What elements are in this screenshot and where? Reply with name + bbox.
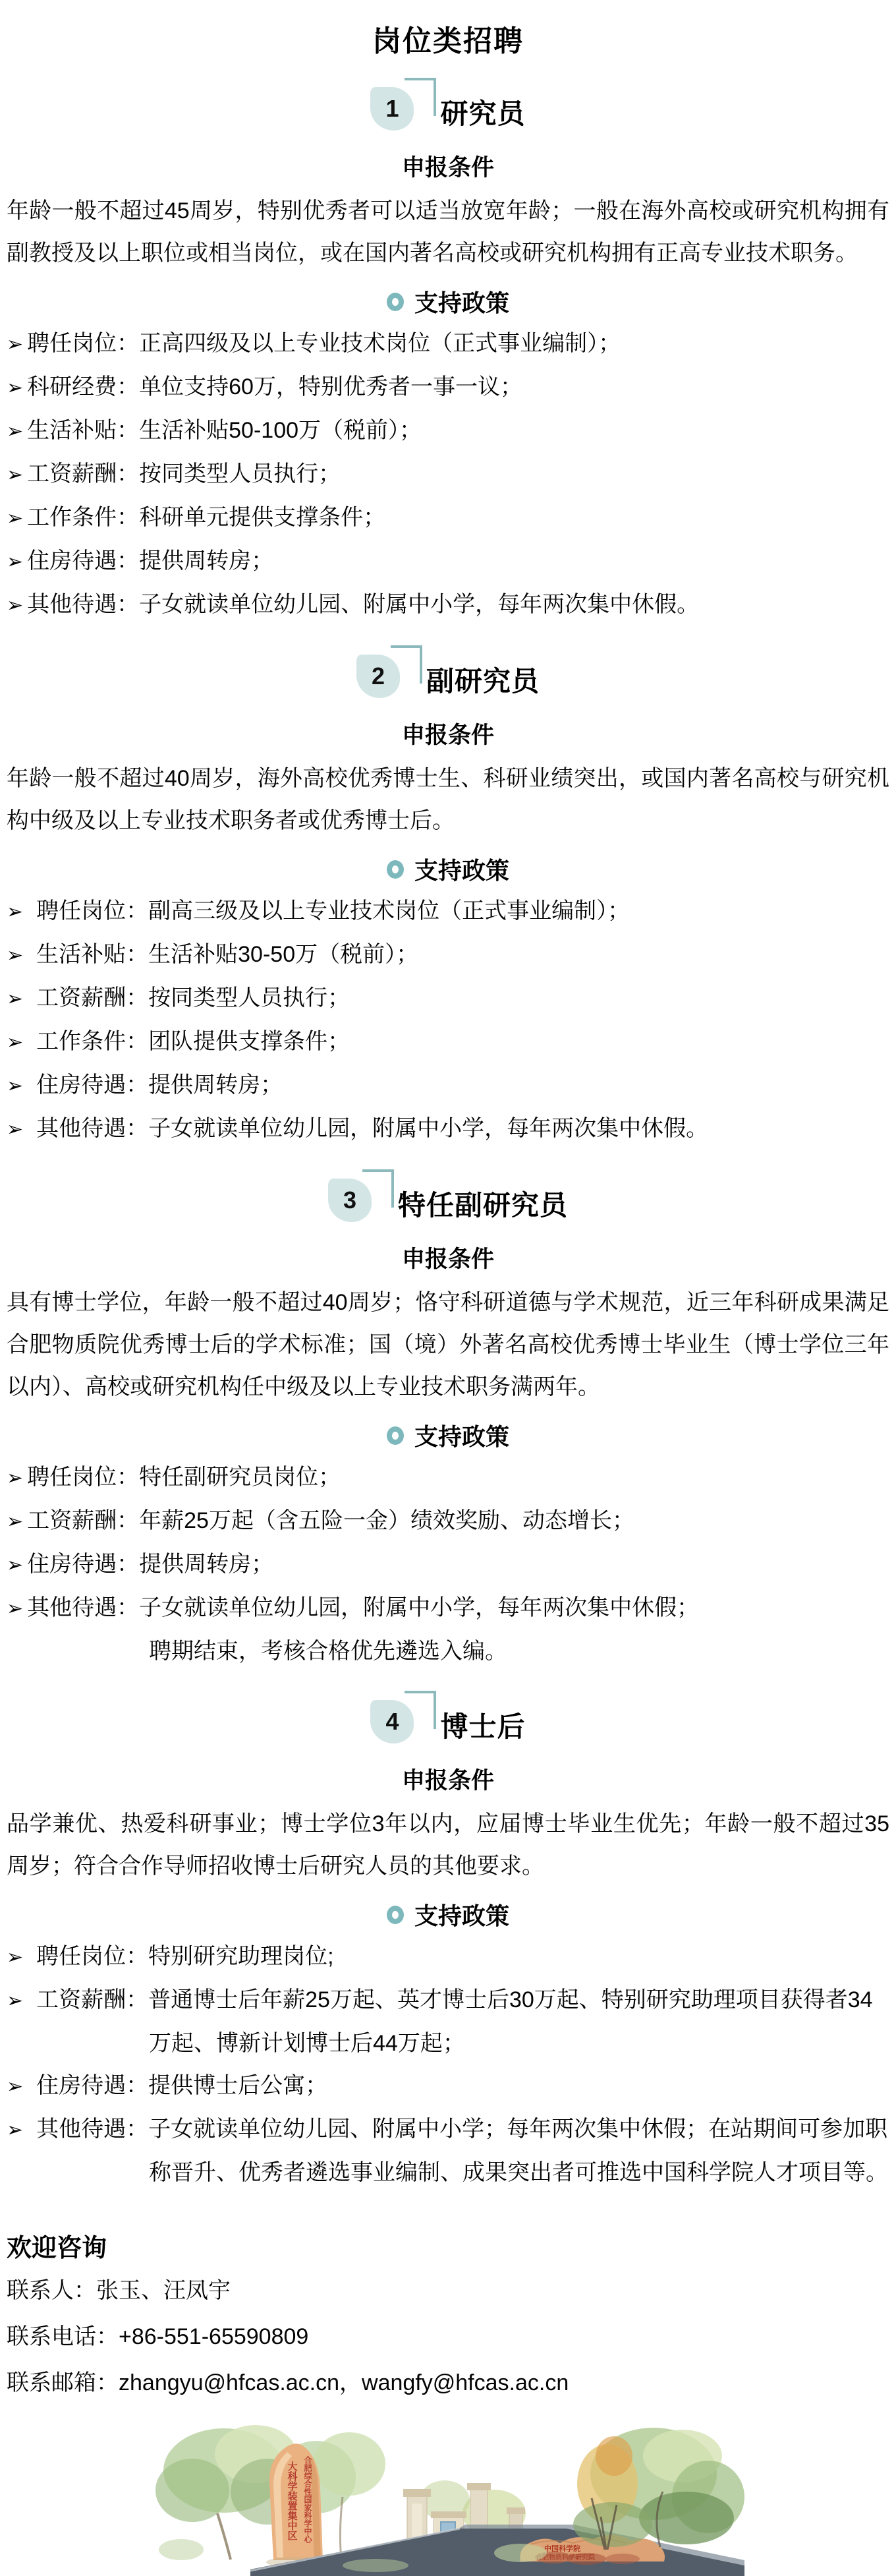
contact-section: 欢迎咨询 联系人：张玉、汪凤宇 联系电话：+86-551-65590809 联系… (7, 2229, 889, 2406)
contact-person: 联系人：张玉、汪凤宇 (7, 2268, 889, 2314)
policy-heading-label: 支持政策 (414, 1419, 509, 1452)
policy-text: 工资薪酬：年薪25万起（含五险一金）绩效奖励、动态增长； (27, 1508, 634, 1533)
ring-icon (387, 1906, 404, 1924)
ring-icon (387, 293, 404, 311)
arrow-bullet-icon: ➢ (7, 1119, 23, 1140)
page-title: 岗位类招聘 (7, 17, 889, 59)
policy-text: 工资薪酬：按同类型人员执行； (36, 985, 350, 1010)
conditions-heading: 申报条件 (7, 1242, 889, 1277)
policy-item: ➢工资薪酬：按同类型人员执行； (7, 977, 889, 1020)
section-number-badge: 2 (356, 655, 400, 698)
policy-text: 住房待遇：提供周转房； (27, 548, 273, 573)
arrow-bullet-icon: ➢ (7, 988, 23, 1010)
section-head: 1 研究员 (7, 87, 889, 148)
section-head: 2 副研究员 (7, 655, 889, 715)
conditions-text: 品学兼优、热爱科研事业；博士学位3年以内，应届博士毕业生优先；年龄一般不超过35… (7, 1803, 889, 1887)
policy-text: 其他待遇：子女就读单位幼儿园，附属中小学，每年两次集中休假； (27, 1595, 699, 1620)
policy-list: ➢聘任岗位：特任副研究员岗位； ➢工资薪酬：年薪25万起（含五险一金）绩效奖励、… (7, 1456, 889, 1672)
policy-text: 工作条件：团队提供支撑条件； (36, 1029, 350, 1054)
policy-list: ➢聘任岗位：特别研究助理岗位; ➢工资薪酬：普通博士后年薪25万起、英才博士后3… (7, 1935, 889, 2194)
policy-item: ➢其他待遇：子女就读单位幼儿园、附属中小学；每年两次集中休假；在站期间可参加职称… (7, 2108, 889, 2194)
rock-text-line1: 中国科学院 (544, 2544, 580, 2553)
policy-item: ➢工资薪酬：普通博士后年薪25万起、英才博士后30万起、特别研究助理项目获得者3… (7, 1979, 889, 2064)
arrow-bullet-icon: ➢ (7, 1511, 23, 1533)
arrow-bullet-icon: ➢ (7, 377, 23, 399)
job-section-postdoc: 4 博士后 申报条件 品学兼优、热爱科研事业；博士学位3年以内，应届博士毕业生优… (7, 1700, 889, 2194)
gate-pillar-left-cap (403, 2489, 431, 2497)
section-number-badge: 3 (328, 1179, 372, 1222)
policy-item: ➢聘任岗位：副高三级及以上专业技术岗位（正式事业编制）； (7, 890, 889, 933)
section-number-badge: 4 (370, 1700, 414, 1743)
arrow-bullet-icon: ➢ (7, 1947, 23, 1968)
ring-icon (387, 1426, 404, 1445)
policy-item: ➢聘任岗位：特别研究助理岗位; (7, 1935, 889, 1979)
policy-item: ➢住房待遇：提供博士后公寓； (7, 2064, 889, 2108)
contact-phone: 联系电话：+86-551-65590809 (7, 2314, 889, 2360)
policy-item: ➢其他待遇：子女就读单位幼儿园、附属中小学，每年两次集中休假。 (7, 583, 889, 627)
arrow-bullet-icon: ➢ (7, 595, 23, 616)
policy-item: ➢工资薪酬：年薪25万起（含五险一金）绩效奖励、动态增长； (7, 1500, 889, 1543)
policy-text: 其他待遇：子女就读单位幼儿园、附属中小学，每年两次集中休假。 (27, 592, 699, 617)
policy-item: ➢住房待遇：提供周转房； (7, 1543, 889, 1587)
arrow-bullet-icon: ➢ (7, 945, 23, 966)
guard-house-roof (431, 2511, 466, 2518)
policy-item: ➢工作条件：科研单元提供支撑条件； (7, 496, 889, 540)
policy-item: ➢工资薪酬：按同类型人员执行； (7, 453, 889, 496)
policy-heading: 支持政策 (7, 1419, 889, 1452)
policy-text: 聘任岗位：副高三级及以上专业技术岗位（正式事业编制）； (36, 898, 630, 923)
policy-text: 住房待遇：提供博士后公寓； (36, 2073, 327, 2098)
policy-heading-label: 支持政策 (414, 1898, 509, 1931)
policy-text: 聘任岗位：特别研究助理岗位; (36, 1944, 333, 1969)
corner-bracket-icon (405, 1691, 436, 1729)
contact-heading: 欢迎咨询 (7, 2229, 889, 2268)
contact-email: 联系邮箱：zhangyu@hfcas.ac.cn，wangfy@hfcas.ac… (7, 2360, 889, 2406)
monument-text-left-column: 大科学装置集中区 (287, 2461, 298, 2541)
policy-item: ➢聘任岗位：正高四级及以上专业技术岗位（正式事业编制）； (7, 322, 889, 366)
section-title: 特任副研究员 (398, 1179, 568, 1223)
policy-continuation: 聘期结束，考核合格优先遴选入编。 (7, 1630, 889, 1672)
conditions-heading: 申报条件 (7, 150, 889, 186)
right-tree-group (573, 2428, 744, 2550)
policy-text: 科研经费：单位支持60万，特别优秀者一事一议； (27, 374, 522, 399)
arrow-bullet-icon: ➢ (7, 1598, 23, 1620)
policy-text: 其他待遇：子女就读单位幼儿园，附属中小学，每年两次集中休假。 (36, 1116, 708, 1141)
monument-text-right-column: 合肥综合性国家科学中心 (303, 2455, 312, 2543)
policy-item: ➢科研经费：单位支持60万，特别优秀者一事一议； (7, 366, 889, 409)
policy-text: 工作条件：科研单元提供支撑条件； (27, 505, 385, 530)
arrow-bullet-icon: ➢ (7, 2076, 23, 2097)
conditions-heading: 申报条件 (7, 1763, 889, 1799)
ring-icon (387, 860, 404, 879)
arrow-bullet-icon: ➢ (7, 464, 23, 486)
policy-text: 生活补贴：生活补贴50-100万（税前）； (27, 418, 422, 443)
policy-text: 聘任岗位：特任副研究员岗位； (27, 1465, 341, 1490)
section-head: 3 特任副研究员 (7, 1179, 889, 1239)
conditions-text: 具有博士学位，年龄一般不超过40周岁；恪守科研道德与学术规范，近三年科研成果满足… (7, 1281, 889, 1408)
arrow-bullet-icon: ➢ (7, 508, 23, 529)
policy-heading: 支持政策 (7, 852, 889, 886)
policy-item: ➢聘任岗位：特任副研究员岗位； (7, 1456, 889, 1500)
corner-bracket-icon (391, 645, 422, 684)
policy-item: ➢生活补贴：生活补贴30-50万（税前）； (7, 933, 889, 977)
policy-text: 其他待遇：子女就读单位幼儿园、附属中小学；每年两次集中休假；在站期间可参加职称晋… (36, 2117, 888, 2185)
policy-item: ➢生活补贴：生活补贴50-100万（税前）； (7, 409, 889, 453)
arrow-bullet-icon: ➢ (7, 2119, 23, 2141)
policy-list: ➢聘任岗位：副高三级及以上专业技术岗位（正式事业编制）； ➢生活补贴：生活补贴3… (7, 890, 889, 1151)
job-section-special-associate-researcher: 3 特任副研究员 申报条件 具有博士学位，年龄一般不超过40周岁；恪守科研道德与… (7, 1179, 889, 1672)
policy-heading-label: 支持政策 (414, 285, 509, 318)
conditions-heading: 申报条件 (7, 718, 889, 753)
section-title: 博士后 (440, 1700, 525, 1745)
arrow-bullet-icon: ➢ (7, 1075, 23, 1097)
policy-text: 工资薪酬：按同类型人员执行； (27, 461, 341, 486)
campus-illustration: 合肥综合性国家科学中心 大科学装置集中区 (152, 2418, 744, 2576)
policy-list: ➢聘任岗位：正高四级及以上专业技术岗位（正式事业编制）； ➢科研经费：单位支持6… (7, 322, 889, 627)
policy-item: ➢住房待遇：提供周转房； (7, 1064, 889, 1107)
arrow-bullet-icon: ➢ (7, 551, 23, 573)
arrow-bullet-icon: ➢ (7, 901, 23, 923)
arrow-bullet-icon: ➢ (7, 1467, 23, 1489)
policy-heading-label: 支持政策 (414, 852, 509, 886)
section-title: 研究员 (440, 87, 525, 132)
section-number-badge: 1 (370, 87, 414, 131)
conditions-text: 年龄一般不超过45周岁，特别优秀者可以适当放宽年龄；一般在海外高校或研究机构拥有… (7, 190, 889, 274)
policy-text: 生活补贴：生活补贴30-50万（税前）； (36, 942, 418, 967)
policy-item: ➢工作条件：团队提供支撑条件； (7, 1020, 889, 1064)
conditions-text: 年龄一般不超过40周岁，海外高校优秀博士生、科研业绩突出，或国内著名高校与研究机… (7, 757, 889, 842)
policy-text: 工资薪酬：普通博士后年薪25万起、英才博士后30万起、特别研究助理项目获得者34… (36, 1987, 872, 2056)
policy-item: ➢其他待遇：子女就读单位幼儿园，附属中小学，每年两次集中休假。 (7, 1107, 889, 1151)
policy-heading: 支持政策 (7, 1898, 889, 1931)
policy-heading: 支持政策 (7, 285, 889, 318)
policy-item: ➢其他待遇：子女就读单位幼儿园，附属中小学，每年两次集中休假； (7, 1587, 889, 1630)
gate-pillar-right-cap (467, 2483, 491, 2490)
recruitment-page: 岗位类招聘 1 研究员 申报条件 年龄一般不超过45周岁，特别优秀者可以适当放宽… (0, 0, 896, 2576)
corner-bracket-icon (405, 78, 436, 116)
gate-pillar-far-cap (507, 2507, 525, 2514)
arrow-bullet-icon: ➢ (7, 1990, 23, 2012)
policy-text: 住房待遇：提供周转房； (27, 1552, 273, 1577)
arrow-bullet-icon: ➢ (7, 334, 23, 355)
section-head: 4 博士后 (7, 1700, 889, 1761)
policy-text: 聘任岗位：正高四级及以上专业技术岗位（正式事业编制）； (27, 331, 621, 356)
arrow-bullet-icon: ➢ (7, 421, 23, 442)
arrow-bullet-icon: ➢ (7, 1032, 23, 1053)
job-section-associate-researcher: 2 副研究员 申报条件 年龄一般不超过40周岁，海外高校优秀博士生、科研业绩突出… (7, 655, 889, 1151)
corner-bracket-icon (362, 1169, 394, 1208)
arrow-bullet-icon: ➢ (7, 1554, 23, 1576)
job-section-researcher: 1 研究员 申报条件 年龄一般不超过45周岁，特别优秀者可以适当放宽年龄；一般在… (7, 87, 889, 627)
policy-item: ➢住房待遇：提供周转房； (7, 540, 889, 583)
policy-text: 住房待遇：提供周转房； (36, 1072, 283, 1098)
section-title: 副研究员 (426, 655, 540, 699)
